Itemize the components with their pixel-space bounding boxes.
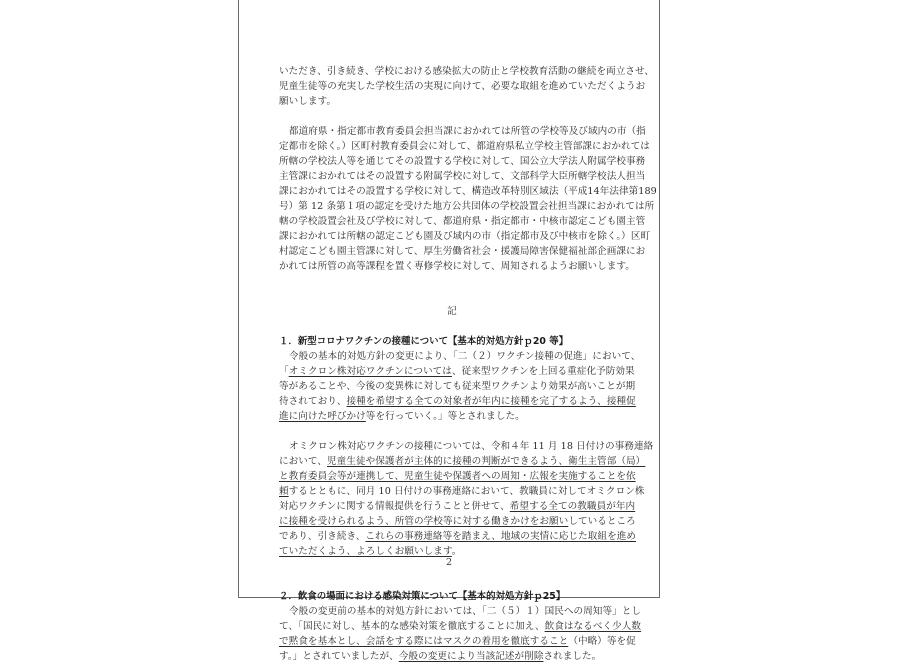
ki-mark: 記 <box>279 304 625 319</box>
spacer <box>279 574 625 589</box>
text-line: 都道府県・指定都市教育委員会担当課におかれては所管の学校等及び域内の市（指 <box>279 124 625 139</box>
text-line: 進に向けた呼びかけ等を行っていく。」等とされました。 <box>279 409 625 424</box>
text-line: 定都市を除く。）区町村教育委員会に対して、都道府県私立学校主管部課におかれては <box>279 139 625 154</box>
text-line: かれては所管の高等課程を置く専修学校に対して、周知されるようお願いします。 <box>279 259 625 274</box>
text-line: 村認定こども園主管課に対して、厚生労働省社会・援護局障害保健福祉部企画課にお <box>279 244 625 259</box>
text-span: 「 <box>279 366 289 377</box>
text-line: 課におかれてはその設置する学校に対して、構造改革特別区域法（平成14年法律第18… <box>279 184 625 199</box>
text-line: いただき、引き続き、学校における感染拡大の防止と学校教育活動の継続を両立させ、 <box>279 64 625 79</box>
text-line: において、児童生徒や保護者が主体的に接種の判断ができるよう、衛生主管部（局） <box>279 454 625 469</box>
text-line: 児童生徒等の充実した学校生活の実現に向けて、必要な取組を進めていただくようお <box>279 79 625 94</box>
distribution-paragraph: 都道府県・指定都市教育委員会担当課におかれては所管の学校等及び域内の市（指 定都… <box>279 124 625 274</box>
text-line: 頼するとともに、同月 10 日付けの事務連絡において、教職員に対してオミクロン株 <box>279 484 625 499</box>
page-number: 2 <box>239 557 659 568</box>
text-line: 所轄の学校法人等を通じてその設置する学校に対して、国公立大学法人附属学校事務 <box>279 154 625 169</box>
underlined-text: オミクロン株対応ワクチンについては <box>289 366 452 377</box>
underlined-text: 頼 <box>279 486 289 497</box>
text-line: に接種を受けられるよう、所管の学校等に対する働きかけをお願いしているところ <box>279 514 625 529</box>
underlined-text: 児童生徒や保護者が主体的に接種の判断ができるよう、衛生主管部（局） <box>327 456 645 467</box>
text-span: 等を行っていく。」等とされました。 <box>366 411 525 422</box>
section-eating-measures: ２．飲食の場面における感染対策について【基本的対処方針ｐ25】 令般の変更前の基… <box>279 589 625 600</box>
text-span: しているところ <box>568 516 636 527</box>
section-vaccination: １．新型コロナワクチンの接種について【基本的対処方針ｐ20 等】 令般の基本的対… <box>279 334 625 559</box>
section-heading: １．新型コロナワクチンの接種について【基本的対処方針ｐ20 等】 <box>279 334 625 349</box>
document-body: いただき、引き続き、学校における感染拡大の防止と学校教育活動の継続を両立させ、 … <box>279 64 625 600</box>
paragraph: オミクロン株対応ワクチンの接種については、令和４年 11 月 18 日付けの事務… <box>279 439 625 559</box>
text-span: 、従来型ワクチンを上回る重症化予防効果 <box>452 366 635 377</box>
text-span: するとともに、同月 10 日付けの事務連絡において、教職員に対してオミクロン株 <box>289 486 645 497</box>
spacer <box>279 109 625 124</box>
text-line: 「オミクロン株対応ワクチンについては、従来型ワクチンを上回る重症化予防効果 <box>279 364 625 379</box>
underlined-text: と教育委員会等が連携して、児童生徒や保護者への周知・広報を実施することを依 <box>279 471 636 482</box>
underlined-text: これらの事務連絡等を踏まえ、地域の実情に応じた取組を進め <box>365 531 636 542</box>
text-line: 課におかれては所轄の認定こども園及び域内の市（指定都市及び中核市を除く。）区町 <box>279 229 625 244</box>
text-line: 号）第 12 条第１項の認定を受けた地方公共団体の学校設置会社担当課におかれては… <box>279 199 625 214</box>
text-line: 主管課におかれてはその設置する附属学校に対して、文部科学大臣所轄学校法人担当 <box>279 169 625 184</box>
underlined-text: ていただくよう、よろしくお願いします <box>279 546 452 557</box>
text-span: において、 <box>279 456 327 467</box>
paragraph: 令般の基本的対処方針の変更により、「二（２）ワクチン接種の促進」において、 「オ… <box>279 349 625 424</box>
spacer <box>279 289 625 304</box>
underlined-text: 希望する全ての教職員が年内 <box>510 501 635 512</box>
text-span: 待されており、 <box>279 396 347 407</box>
underlined-text: 接種を希望する全ての対象者が年内に接種を完了するよう、接種促 <box>347 396 636 407</box>
text-line: 令般の基本的対処方針の変更により、「二（２）ワクチン接種の促進」において、 <box>279 349 625 364</box>
spacer <box>279 319 625 334</box>
spacer <box>279 424 625 439</box>
underlined-text: に接種を受けられるよう、所管の学校等に対する働きかけをお願い <box>279 516 568 527</box>
text-line: 待されており、接種を希望する全ての対象者が年内に接種を完了するよう、接種促 <box>279 394 625 409</box>
text-line: と教育委員会等が連携して、児童生徒や保護者への周知・広報を実施することを依 <box>279 469 625 484</box>
intro-paragraph: いただき、引き続き、学校における感染拡大の防止と学校教育活動の継続を両立させ、 … <box>279 64 625 109</box>
text-line: 轄の学校設置会社及び学校に対して、都道府県・指定都市・中核市認定こども園主管 <box>279 214 625 229</box>
text-span: であり、引き続き、 <box>279 531 365 542</box>
text-span: 対応ワクチンに関する情報提供を行うことと併せて、 <box>279 501 510 512</box>
underlined-text: 進に向けた呼びかけ <box>279 411 366 422</box>
spacer <box>279 274 625 289</box>
text-line: オミクロン株対応ワクチンの接種については、令和４年 11 月 18 日付けの事務… <box>279 439 625 454</box>
text-line: 等があることや、今後の変異株に対しても従来型ワクチンより効果が高いことが期 <box>279 379 625 394</box>
text-line: 対応ワクチンに関する情報提供を行うことと併せて、希望する全ての教職員が年内 <box>279 499 625 514</box>
text-line: であり、引き続き、これらの事務連絡等を踏まえ、地域の実情に応じた取組を進め <box>279 529 625 544</box>
section-heading: ２．飲食の場面における感染対策について【基本的対処方針ｐ25】 <box>279 589 625 600</box>
text-span: 。 <box>452 546 462 557</box>
document-page: いただき、引き続き、学校における感染拡大の防止と学校教育活動の継続を両立させ、 … <box>238 0 660 598</box>
text-line: 願いします。 <box>279 94 625 109</box>
